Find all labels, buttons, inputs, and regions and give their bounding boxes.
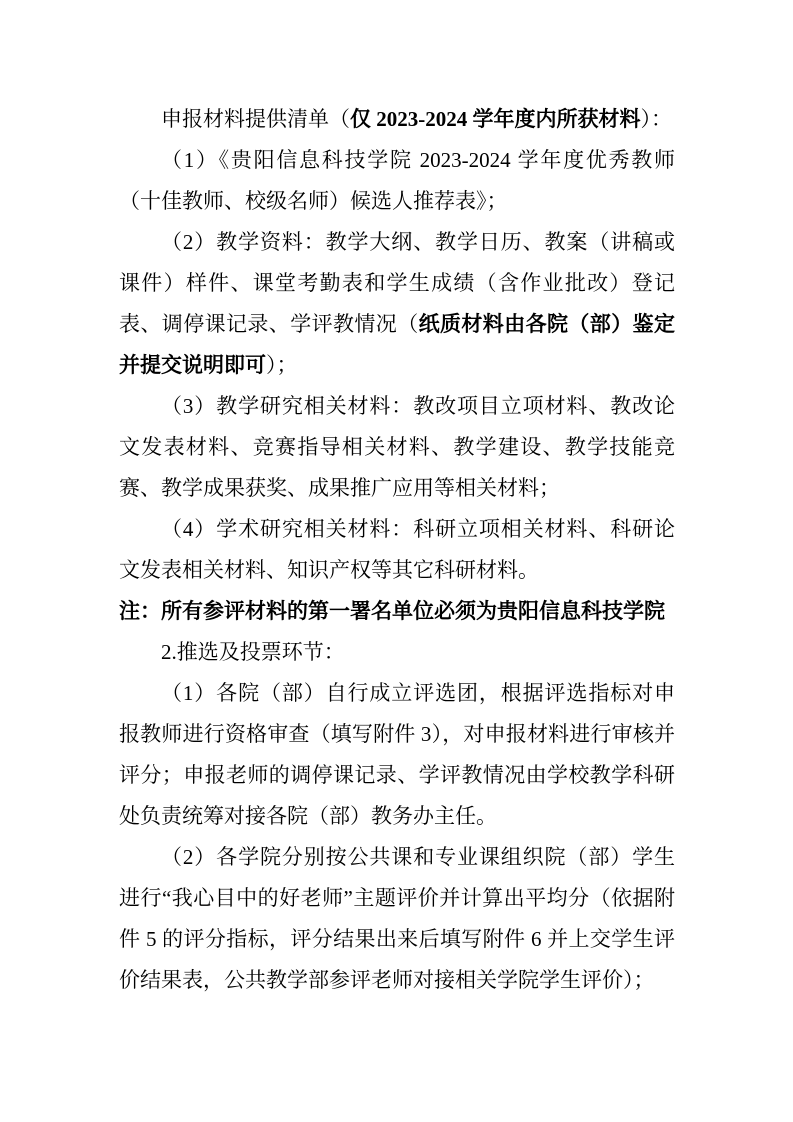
- paragraph-section-2-item-2: （2）各学院分别按公共课和专业课组织院（部）学生进行“我心目中的好老师”主题评价…: [119, 837, 675, 1001]
- paragraph-section-2-heading: 2.推选及投票环节：: [119, 632, 675, 673]
- text-segment: ）；: [266, 353, 298, 377]
- text-segment: 2.推选及投票环节：: [161, 640, 345, 664]
- document-page: 申报材料提供清单（仅 2023-2024 学年度内所获材料）：（1）《贵阳信息科…: [0, 0, 793, 1122]
- text-segment: （3）教学研究相关材料：教改项目立项材料、教改论文发表材料、竞赛指导相关材料、教…: [119, 394, 675, 500]
- text-segment: （2）各学院分别按公共课和专业课组织院（部）学生进行“我心目中的好老师”主题评价…: [119, 845, 675, 992]
- text-segment-bold: 仅 2023-2024 学年度内所获材料: [350, 107, 641, 131]
- document-body: 申报材料提供清单（仅 2023-2024 学年度内所获材料）：（1）《贵阳信息科…: [119, 99, 675, 1001]
- paragraph-materials-item-1: （1）《贵阳信息科技学院 2023-2024 学年度优秀教师（十佳教师、校级名师…: [119, 140, 675, 222]
- text-segment-bold: 注：所有参评材料的第一署名单位必须为贵阳信息科技学院: [119, 599, 665, 623]
- paragraph-note: 注：所有参评材料的第一署名单位必须为贵阳信息科技学院: [119, 591, 675, 632]
- text-segment: 申报材料提供清单（: [161, 107, 350, 131]
- paragraph-materials-item-4: （4）学术研究相关材料：科研立项相关材料、科研论文发表相关材料、知识产权等其它科…: [119, 509, 675, 591]
- paragraph-materials-item-3: （3）教学研究相关材料：教改项目立项材料、教改论文发表材料、竞赛指导相关材料、教…: [119, 386, 675, 509]
- text-segment: ）：: [641, 107, 673, 131]
- paragraph-materials-item-2: （2）教学资料：教学大纲、教学日历、教案（讲稿或课件）样件、课堂考勤表和学生成绩…: [119, 222, 675, 386]
- text-segment: （1）各院（部）自行成立评选团，根据评选指标对申报教师进行资格审查（填写附件 3…: [119, 681, 675, 828]
- paragraph-section-2-item-1: （1）各院（部）自行成立评选团，根据评选指标对申报教师进行资格审查（填写附件 3…: [119, 673, 675, 837]
- text-segment: （1）《贵阳信息科技学院 2023-2024 学年度优秀教师（十佳教师、校级名师…: [119, 148, 675, 213]
- text-segment: （4）学术研究相关材料：科研立项相关材料、科研论文发表相关材料、知识产权等其它科…: [119, 517, 675, 582]
- paragraph-materials-list-intro: 申报材料提供清单（仅 2023-2024 学年度内所获材料）：: [119, 99, 675, 140]
